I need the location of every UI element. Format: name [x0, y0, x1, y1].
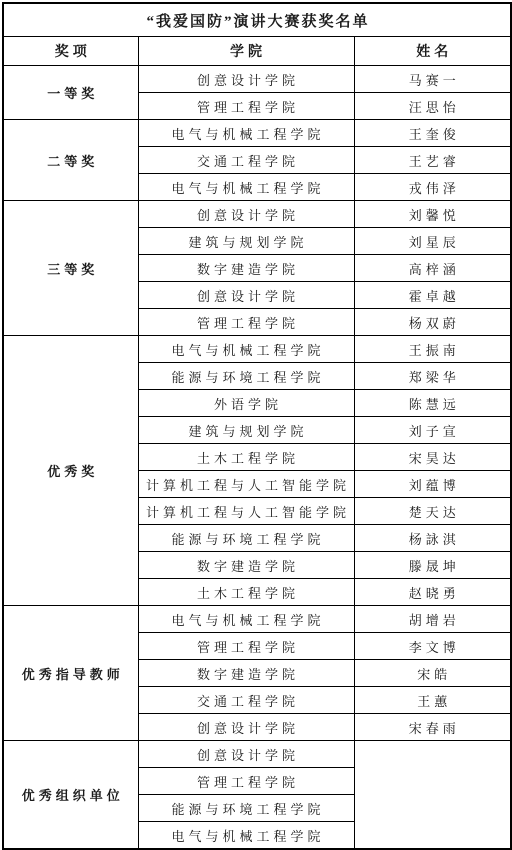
- college-cell: 管理工程学院: [138, 309, 354, 336]
- name-cell: 汪思怡: [354, 93, 511, 120]
- college-cell: 计算机工程与人工智能学院: [138, 471, 354, 498]
- name-cell: 李文博: [354, 633, 511, 660]
- college-cell: 能源与环境工程学院: [138, 525, 354, 552]
- name-cell: 胡增岩: [354, 606, 511, 633]
- name-cell: 刘子宣: [354, 417, 511, 444]
- college-cell: 交通工程学院: [138, 687, 354, 714]
- category-cell-second-prize: 二等奖: [3, 120, 138, 201]
- name-cell: 滕晟坤: [354, 552, 511, 579]
- college-cell: 创意设计学院: [138, 282, 354, 309]
- category-cell-third-prize: 三等奖: [3, 201, 138, 336]
- title-row: “我爱国防”演讲大赛获奖名单: [3, 3, 511, 37]
- name-cell: 刘馨悦: [354, 201, 511, 228]
- college-cell: 电气与机械工程学院: [138, 822, 354, 850]
- college-cell: 外语学院: [138, 390, 354, 417]
- college-cell: 建筑与规划学院: [138, 417, 354, 444]
- name-cell: 陈慧远: [354, 390, 511, 417]
- table-row: 优秀奖 电气与机械工程学院 王振南: [3, 336, 511, 363]
- college-cell: 数字建造学院: [138, 660, 354, 687]
- empty-name-cell: [354, 741, 511, 850]
- table-row: 一等奖 创意设计学院 马赛一: [3, 66, 511, 93]
- name-cell: 王振南: [354, 336, 511, 363]
- header-college: 学院: [138, 37, 354, 66]
- category-cell-excellent-advisor: 优秀指导教师: [3, 606, 138, 741]
- name-cell: 刘蕴博: [354, 471, 511, 498]
- college-cell: 数字建造学院: [138, 255, 354, 282]
- college-cell: 电气与机械工程学院: [138, 336, 354, 363]
- college-cell: 建筑与规划学院: [138, 228, 354, 255]
- name-cell: 马赛一: [354, 66, 511, 93]
- table-row: 三等奖 创意设计学院 刘馨悦: [3, 201, 511, 228]
- college-cell: 数字建造学院: [138, 552, 354, 579]
- name-cell: 戎伟泽: [354, 174, 511, 201]
- name-cell: 高梓涵: [354, 255, 511, 282]
- college-cell: 管理工程学院: [138, 93, 354, 120]
- name-cell: 霍卓越: [354, 282, 511, 309]
- college-cell: 电气与机械工程学院: [138, 174, 354, 201]
- name-cell: 杨詠淇: [354, 525, 511, 552]
- name-cell: 宋昊达: [354, 444, 511, 471]
- college-cell: 管理工程学院: [138, 768, 354, 795]
- category-cell-excellence-prize: 优秀奖: [3, 336, 138, 606]
- college-cell: 土木工程学院: [138, 579, 354, 606]
- header-row: 奖项 学院 姓名: [3, 37, 511, 66]
- table-row: 优秀指导教师 电气与机械工程学院 胡增岩: [3, 606, 511, 633]
- college-cell: 创意设计学院: [138, 741, 354, 768]
- header-name: 姓名: [354, 37, 511, 66]
- document-title: “我爱国防”演讲大赛获奖名单: [3, 3, 511, 37]
- college-cell: 创意设计学院: [138, 201, 354, 228]
- name-cell: 宋春雨: [354, 714, 511, 741]
- college-cell: 电气与机械工程学院: [138, 120, 354, 147]
- name-cell: 王艺睿: [354, 147, 511, 174]
- college-cell: 能源与环境工程学院: [138, 363, 354, 390]
- table-row: 二等奖 电气与机械工程学院 王奎俊: [3, 120, 511, 147]
- category-cell-excellent-org-unit: 优秀组织单位: [3, 741, 138, 850]
- header-category: 奖项: [3, 37, 138, 66]
- name-cell: 楚天达: [354, 498, 511, 525]
- college-cell: 计算机工程与人工智能学院: [138, 498, 354, 525]
- college-cell: 能源与环境工程学院: [138, 795, 354, 822]
- name-cell: 宋皓: [354, 660, 511, 687]
- award-table: “我爱国防”演讲大赛获奖名单 奖项 学院 姓名 一等奖 创意设计学院 马赛一 管…: [2, 2, 512, 850]
- name-cell: 刘星辰: [354, 228, 511, 255]
- college-cell: 创意设计学院: [138, 714, 354, 741]
- college-cell: 电气与机械工程学院: [138, 606, 354, 633]
- name-cell: 杨双蔚: [354, 309, 511, 336]
- college-cell: 交通工程学院: [138, 147, 354, 174]
- name-cell: 王蕙: [354, 687, 511, 714]
- name-cell: 王奎俊: [354, 120, 511, 147]
- college-cell: 管理工程学院: [138, 633, 354, 660]
- college-cell: 土木工程学院: [138, 444, 354, 471]
- name-cell: 郑梁华: [354, 363, 511, 390]
- category-cell-first-prize: 一等奖: [3, 66, 138, 120]
- college-cell: 创意设计学院: [138, 66, 354, 93]
- table-row: 优秀组织单位 创意设计学院: [3, 741, 511, 768]
- name-cell: 赵晓勇: [354, 579, 511, 606]
